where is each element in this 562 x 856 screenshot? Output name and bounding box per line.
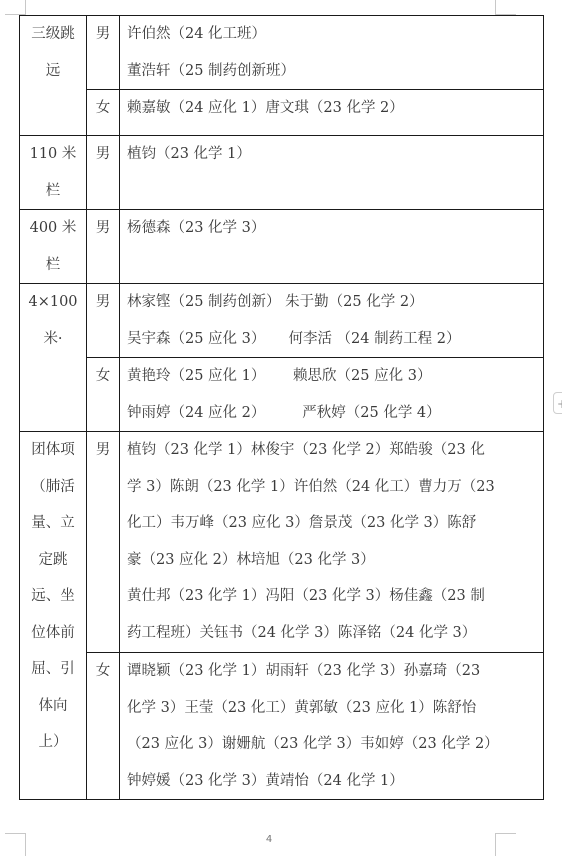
name-line: 植钧（23 化学 1） <box>127 136 539 173</box>
event-line: 米· <box>20 321 86 358</box>
name-line: 化学 3）王莹（23 化工）黄郭敏（23 应化 1）陈舒怡 <box>127 690 539 727</box>
event-line: （肺活 <box>20 469 86 506</box>
name-line: 赖嘉敏（24 应化 1）唐文琪（23 化学 2） <box>127 90 539 127</box>
event-cell: 110 米 栏 <box>20 136 87 210</box>
table-row: 女 黄艳玲（25 应化 1） 赖思欣（25 应化 3） 钟雨婷（24 应化 2）… <box>20 358 544 432</box>
gender-cell: 女 <box>87 358 120 432</box>
page-corner-mark-top-left <box>5 0 26 15</box>
page-number: 4 <box>262 834 276 845</box>
event-line: 4×100 <box>20 284 86 321</box>
names-cell: 林家铿（25 制药创新） 朱于勤（25 化学 2） 吴宇森（25 应化 3） 何… <box>120 284 544 358</box>
name-line: 林家铿（25 制药创新） 朱于勤（25 化学 2） <box>127 284 539 321</box>
name-line: 董浩轩（25 制药创新班） <box>127 53 539 90</box>
event-line: 体向 <box>20 688 86 725</box>
event-line: 110 米 <box>20 136 86 173</box>
name-line: （23 应化 3）谢姗航（23 化学 3）韦如婷（23 化学 2） <box>127 726 539 763</box>
page-corner-mark-bottom-right <box>495 833 516 856</box>
name-line: 学 3）陈朗（23 化学 1）许伯然（24 化工）曹力万（23 <box>127 469 539 506</box>
gender-cell: 女 <box>87 653 120 800</box>
table-row: 团体项 （肺活 量、立 定跳 远、坐 位体前 屈、引 体向 上） 男 植钧（23… <box>20 432 544 653</box>
page-corner-mark-bottom-left <box>5 833 26 856</box>
event-line: 三级跳 <box>20 16 86 53</box>
gender-cell: 男 <box>87 136 120 210</box>
names-cell: 黄艳玲（25 应化 1） 赖思欣（25 应化 3） 钟雨婷（24 应化 2） 严… <box>120 358 544 432</box>
event-line: 屈、引 <box>20 651 86 688</box>
name-line: 钟雨婷（24 应化 2） 严秋婷（25 化学 4） <box>127 395 539 432</box>
event-line: 远、坐 <box>20 578 86 615</box>
name-line: 黄艳玲（25 应化 1） 赖思欣（25 应化 3） <box>127 358 539 395</box>
event-cell: 团体项 （肺活 量、立 定跳 远、坐 位体前 屈、引 体向 上） <box>20 432 87 800</box>
page-corner-mark-top-right <box>495 0 516 15</box>
name-line: 杨德森（23 化学 3） <box>127 210 539 247</box>
names-cell: 许伯然（24 化工班） 董浩轩（25 制药创新班） <box>120 16 544 90</box>
name-line: 许伯然（24 化工班） <box>127 16 539 53</box>
name-line: 吴宇森（25 应化 3） 何李活 （24 制药工程 2） <box>127 321 539 358</box>
event-line: 上） <box>20 724 86 761</box>
gender-cell: 男 <box>87 284 120 358</box>
event-line: 量、立 <box>20 505 86 542</box>
name-line: 钟婷媛（23 化学 3）黄靖怡（24 化学 1） <box>127 763 539 800</box>
table-row: 女 谭晓颖（23 化学 1）胡雨轩（23 化学 3）孙嘉琦（23 化学 3）王莹… <box>20 653 544 800</box>
event-cell: 三级跳 远 <box>20 16 87 136</box>
plus-icon: + <box>557 397 562 411</box>
table-row: 400 米 栏 男 杨德森（23 化学 3） <box>20 210 544 284</box>
name-line: 化工）韦万峰（23 应化 3）詹景茂（23 化学 3）陈舒 <box>127 505 539 542</box>
event-line: 远 <box>20 53 86 90</box>
gender-cell: 男 <box>87 432 120 653</box>
table-row: 女 赖嘉敏（24 应化 1）唐文琪（23 化学 2） <box>20 90 544 136</box>
table-row: 110 米 栏 男 植钧（23 化学 1） <box>20 136 544 210</box>
gender-cell: 男 <box>87 16 120 90</box>
event-line: 栏 <box>20 173 86 210</box>
side-expand-button[interactable]: + <box>553 392 562 414</box>
event-cell: 400 米 栏 <box>20 210 87 284</box>
name-line: 豪（23 应化 2）林培旭（23 化学 3） <box>127 542 539 579</box>
name-line: 植钧（23 化学 1）林俊宇（23 化学 2）郑皓骏（23 化 <box>127 432 539 469</box>
gender-cell: 男 <box>87 210 120 284</box>
names-cell: 植钧（23 化学 1）林俊宇（23 化学 2）郑皓骏（23 化 学 3）陈朗（2… <box>120 432 544 653</box>
names-cell: 杨德森（23 化学 3） <box>120 210 544 284</box>
names-cell: 谭晓颖（23 化学 1）胡雨轩（23 化学 3）孙嘉琦（23 化学 3）王莹（2… <box>120 653 544 800</box>
table-row: 4×100 米· 男 林家铿（25 制药创新） 朱于勤（25 化学 2） 吴宇森… <box>20 284 544 358</box>
event-line: 400 米 <box>20 210 86 247</box>
names-cell: 赖嘉敏（24 应化 1）唐文琪（23 化学 2） <box>120 90 544 136</box>
event-line: 团体项 <box>20 432 86 469</box>
athlete-roster-table: 三级跳 远 男 许伯然（24 化工班） 董浩轩（25 制药创新班） 女 赖嘉敏（… <box>19 15 544 800</box>
name-line: 黄仕邦（23 化学 1）冯阳（23 化学 3）杨佳鑫（23 制 <box>127 578 539 615</box>
event-line: 栏 <box>20 247 86 284</box>
table-row: 三级跳 远 男 许伯然（24 化工班） 董浩轩（25 制药创新班） <box>20 16 544 90</box>
names-cell: 植钧（23 化学 1） <box>120 136 544 210</box>
gender-cell: 女 <box>87 90 120 136</box>
event-line: 位体前 <box>20 615 86 652</box>
event-line: 定跳 <box>20 542 86 579</box>
name-line: 谭晓颖（23 化学 1）胡雨轩（23 化学 3）孙嘉琦（23 <box>127 653 539 690</box>
name-line: 药工程班）关钰书（24 化学 3）陈泽铭（24 化学 3） <box>127 615 539 652</box>
event-cell: 4×100 米· <box>20 284 87 432</box>
